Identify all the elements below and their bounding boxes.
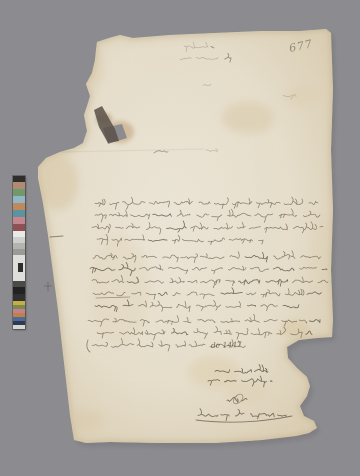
color-patch [13,182,25,189]
color-patch [13,287,25,294]
photograph: 677 de 1447 [0,0,360,476]
color-patch [13,224,25,231]
visible-date: de 1447 [211,340,242,350]
color-calibration-strip [13,176,25,329]
color-patch [13,196,25,203]
manuscript-photo: 677 de 1447 [0,0,360,476]
strip-label [13,255,25,281]
color-patch [13,217,25,224]
color-patch [13,210,25,217]
color-patch [13,325,25,329]
color-patch [13,189,25,196]
color-patch [13,294,25,301]
color-patch [13,203,25,210]
strip-label-mark [18,263,23,272]
